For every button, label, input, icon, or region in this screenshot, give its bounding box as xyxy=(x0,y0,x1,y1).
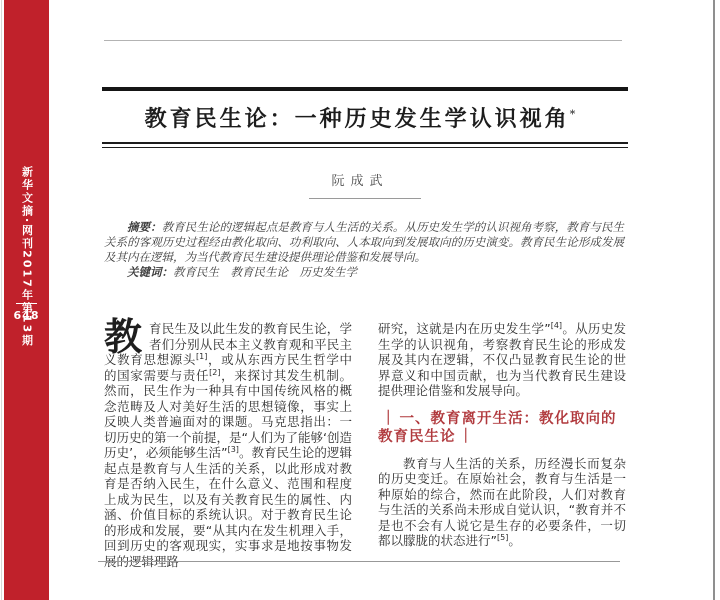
section-1-paragraph: 教育与人生活的关系，历经漫长而复杂的历史变迁。在原始社会，教育与生活是一种原始的… xyxy=(378,456,626,549)
journal-page: 新华文摘·网刊2017年第13期 648 教育民生论：一种历史发生学认识视角* … xyxy=(0,0,720,600)
opening-paragraph-text: 育民生及以此生发的教育民生论，学者们分别从民本主义教育观和平民主义教育思想源头[… xyxy=(104,321,352,569)
keywords-text: 教育民生 教育民生论 历史发生学 xyxy=(173,265,357,279)
left-column: 教育民生及以此生发的教育民生论，学者们分别从民本主义教育观和平民主义教育思想源头… xyxy=(104,321,352,569)
article-title-text: 教育民生论：一种历史发生学认识视角 xyxy=(145,107,570,132)
drop-cap: 教 xyxy=(104,322,142,352)
page-left-edge xyxy=(1,0,2,600)
page-number: 648 xyxy=(4,309,49,322)
author-name: 阮成武 xyxy=(90,170,630,189)
page-right-edge xyxy=(713,0,715,600)
right-column: 研究，这就是内在历史发生学”[4]。从历史发生学的认识视角，考察教育民生论的形成… xyxy=(378,321,626,569)
section-1-heading: ｜一、教育离开生活：教化取向的教育民生论｜ xyxy=(378,410,626,446)
body-columns: 教育民生及以此生发的教育民生论，学者们分别从民本主义教育观和平民主义教育思想源头… xyxy=(104,321,626,569)
footnote-separator xyxy=(98,561,620,562)
article-title: 教育民生论：一种历史发生学认识视角* xyxy=(90,102,630,133)
abstract-label: 摘要： xyxy=(127,220,162,234)
section-1-heading-text: 一、教育离开生活：教化取向的教育民生论 xyxy=(378,411,617,445)
abstract-text: 教育民生论的逻辑起点是教育与人生活的关系。从历史发生学的认识视角考察，教育与民生… xyxy=(104,220,624,264)
opening-paragraph: 教育民生及以此生发的教育民生论，学者们分别从民本主义教育观和平民主义教育思想源头… xyxy=(104,321,352,569)
title-footnote-marker: * xyxy=(570,108,576,121)
keywords-label: 关键词： xyxy=(127,265,173,279)
heading-bar-right: ｜ xyxy=(456,429,478,445)
abstract-paragraph: 摘要：教育民生论的逻辑起点是教育与人生活的关系。从历史发生学的认识视角考察，教育… xyxy=(104,220,624,265)
continuation-paragraph: 研究，这就是内在历史发生学”[4]。从历史发生学的认识视角，考察教育民生论的形成… xyxy=(378,321,626,399)
spine-divider xyxy=(16,303,37,304)
author-underline xyxy=(309,198,421,199)
heading-bar-left: ｜ xyxy=(378,411,400,427)
abstract-block: 摘要：教育民生论的逻辑起点是教育与人生活的关系。从历史发生学的认识视角考察，教育… xyxy=(104,220,624,280)
title-top-rule xyxy=(102,87,628,91)
journal-spine: 新华文摘·网刊2017年第13期 648 xyxy=(4,0,49,600)
keywords-line: 关键词：教育民生 教育民生论 历史发生学 xyxy=(104,265,624,280)
title-bottom-rule xyxy=(102,142,628,148)
header-rule xyxy=(104,40,622,41)
